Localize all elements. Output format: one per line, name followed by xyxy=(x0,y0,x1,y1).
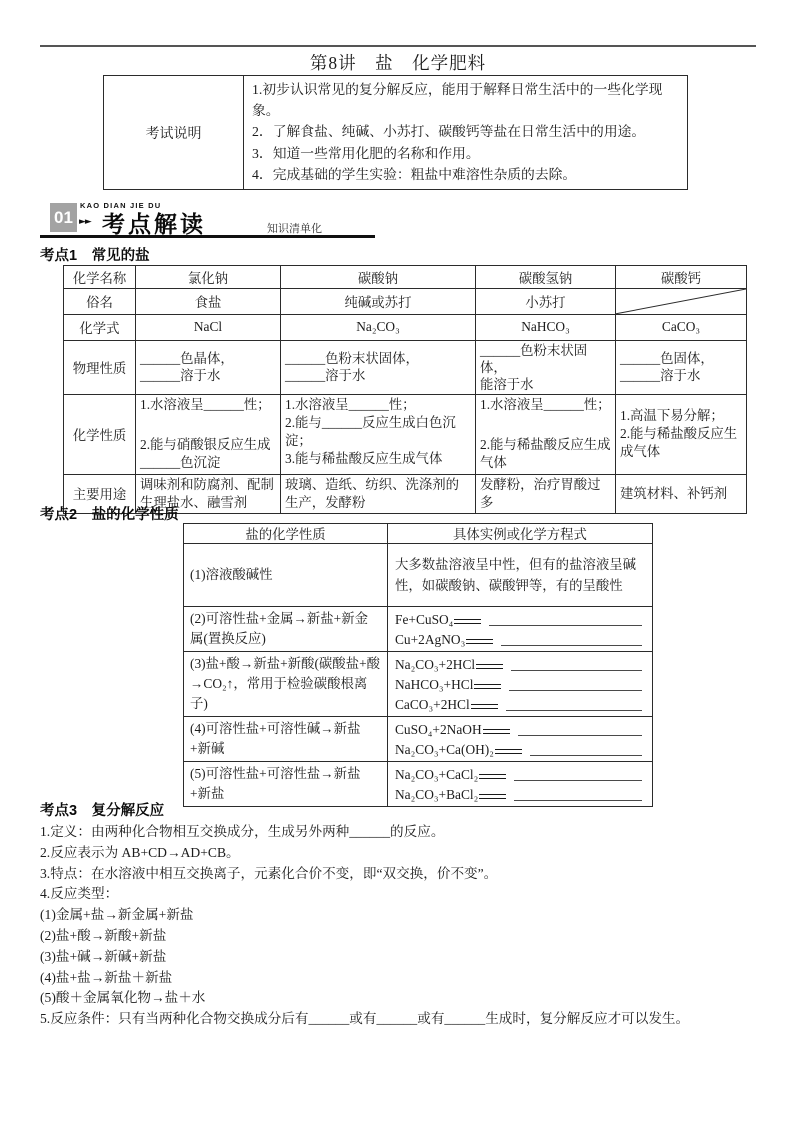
equation-lhs: Na₂CO₃+BaCl₂ xyxy=(395,785,478,804)
column-header: 氯化钠 xyxy=(136,266,281,289)
exam-note-item: 1.初步认识常见的复分解反应，能用于解释日常生活中的一些化学现象。 xyxy=(252,79,679,121)
diagonal-empty-cell xyxy=(616,289,747,315)
equations-cell: Na₂CO₃+2HCl NaHCO₃+HCl CaCO₃+2HCl xyxy=(388,652,653,717)
text-line: (3)盐+碱→新碱+新盐 xyxy=(40,947,760,968)
equation-line: Fe+CuSO₄ xyxy=(395,609,646,629)
column-header: 碳酸钙 xyxy=(616,266,747,289)
equation-lhs: CuSO₄+2NaOH xyxy=(395,720,482,739)
table-cell: ______色固体， ______溶于水 xyxy=(616,340,747,394)
property-cell: (3)盐+酸→新盐+新酸(碳酸盐+酸→CO₂↑，常用于检验碳酸根离子) xyxy=(184,652,388,717)
table-row: (4)可溶性盐+可溶性碱→新盐+新碱 CuSO₄+2NaOH Na₂CO₃+Ca… xyxy=(184,717,653,762)
equals-sign xyxy=(466,639,493,644)
text-line: 3.特点：在水溶液中相互交换离子，元素化合价不变，即“双交换，价不变”。 xyxy=(40,864,760,885)
property-cell: (2)可溶性盐+金属→新盐+新金属(置换反应) xyxy=(184,607,388,652)
text-line: 5.反应条件：只有当两种化合物交换成分后有______或有______或有___… xyxy=(40,1009,760,1030)
row-label: 物理性质 xyxy=(64,340,136,394)
table-cell: 1.水溶液呈______性； 2.能与______反应生成白色沉淀； 3.能与稀… xyxy=(281,394,476,474)
example-cell: 大多数盐溶液呈中性，但有的盐溶液呈碱性，如碳酸钠、碳酸钾等，有的呈酸性 xyxy=(388,544,653,607)
equals-sign xyxy=(479,794,506,799)
column-header: 碳酸钠 xyxy=(281,266,476,289)
fill-blank-line: ______溶于水 xyxy=(140,367,276,384)
equation-line: CuSO₄+2NaOH xyxy=(395,719,646,739)
table-cell: 建筑材料、补钙剂 xyxy=(616,474,747,513)
property-line: 1.水溶液呈______性； xyxy=(285,396,471,414)
table-row: (5)可溶性盐+可溶性盐→新盐+新盐 Na₂CO₃+CaCl₂ Na₂CO₃+B… xyxy=(184,762,653,807)
page-title: 第8讲 盐 化学肥料 xyxy=(40,50,756,75)
text-line: (5)酸＋金属氧化物→盐＋水 xyxy=(40,988,760,1009)
fill-blank-line: ______色晶体， xyxy=(140,350,276,367)
row-label: 俗名 xyxy=(64,289,136,315)
answer-blank xyxy=(518,734,642,736)
property-line: 3.能与稀盐酸反应生成气体 xyxy=(285,450,471,468)
text-line: (1)金属+盐→新金属+新盐 xyxy=(40,905,760,926)
equation-line: CaCO₃+2HCl xyxy=(395,694,646,714)
equation-line: Na₂CO₃+BaCl₂ xyxy=(395,784,646,804)
equation-line: NaHCO₃+HCl xyxy=(395,674,646,694)
table-row: 盐的化学性质 具体实例或化学方程式 xyxy=(184,524,653,544)
table-row: 化学式 NaCl Na₂CO₃ NaHCO₃ CaCO₃ xyxy=(64,314,747,340)
property-line: 2.能与稀盐酸反应生成气体 xyxy=(620,425,742,461)
fill-blank-line: ______色粉末状固体， xyxy=(480,342,611,376)
exam-note-item: 3．知道一些常用化肥的名称和作用。 xyxy=(252,143,679,164)
equations-cell: Na₂CO₃+CaCl₂ Na₂CO₃+BaCl₂ xyxy=(388,762,653,807)
table-row: 俗名 食盐 纯碱或苏打 小苏打 xyxy=(64,289,747,315)
table-cell: 1.水溶液呈______性； 2.能与稀盐酸反应生成气体 xyxy=(476,394,616,474)
equations-cell: Fe+CuSO₄ Cu+2AgNO₃ xyxy=(388,607,653,652)
equals-sign xyxy=(454,619,481,624)
answer-blank xyxy=(501,644,642,646)
equation-lhs: NaHCO₃+HCl xyxy=(395,675,473,694)
formula-cell: NaCl xyxy=(136,314,281,340)
property-line: 2.能与稀盐酸反应生成气体 xyxy=(480,436,611,472)
answer-blank xyxy=(509,689,642,691)
table-cell: ______色粉末状固体， ______溶于水 xyxy=(281,340,476,394)
property-line: 1.高温下易分解； xyxy=(620,407,742,425)
double-arrow-icon: ►► xyxy=(79,217,91,227)
text-line: 1.定义：由两种化合物相互交换成分，生成另外两种______的反应。 xyxy=(40,822,760,843)
table-row: 化学名称 氯化钠 碳酸钠 碳酸氢钠 碳酸钙 xyxy=(64,266,747,289)
row-label: 化学式 xyxy=(64,314,136,340)
exam-note-item: 2．了解食盐、纯碱、小苏打、碳酸钙等盐在日常生活中的用途。 xyxy=(252,121,679,142)
answer-blank xyxy=(514,799,642,801)
table-cell: ______色晶体， ______溶于水 xyxy=(136,340,281,394)
equals-sign xyxy=(495,749,522,754)
section-subtitle: 知识清单化 xyxy=(267,220,322,236)
table-row: 化学性质 1.水溶液呈______性； 2.能与硝酸银反应生成______色沉淀… xyxy=(64,394,747,474)
equation-line: Na₂CO₃+CaCl₂ xyxy=(395,764,646,784)
formula-cell: NaHCO₃ xyxy=(476,314,616,340)
equals-sign xyxy=(476,664,503,669)
exam-notes-body: 1.初步认识常见的复分解反应，能用于解释日常生活中的一些化学现象。 2．了解食盐… xyxy=(244,76,688,190)
fill-blank-line: ______溶于水 xyxy=(285,367,471,384)
column-header: 碳酸氢钠 xyxy=(476,266,616,289)
property-line: 1.水溶液呈______性； xyxy=(480,396,611,414)
equation-lhs: Na₂CO₃+2HCl xyxy=(395,655,475,674)
worksheet-page: { "page": {"title": "第8讲 盐 化学肥料"}, "exam… xyxy=(0,0,800,1132)
property-line: 1.水溶液呈______性； xyxy=(140,396,276,414)
table-cell: 食盐 xyxy=(136,289,281,315)
property-cell: (5)可溶性盐+可溶性盐→新盐+新盐 xyxy=(184,762,388,807)
equation-lhs: Na₂CO₃+Ca(OH)₂ xyxy=(395,740,494,759)
exam-notes-table: 考试说明 1.初步认识常见的复分解反应，能用于解释日常生活中的一些化学现象。 2… xyxy=(103,75,688,190)
equals-sign xyxy=(474,684,501,689)
text-line: 4.反应类型： xyxy=(40,884,760,905)
corner-header-cell: 化学名称 xyxy=(64,266,136,289)
column-header: 盐的化学性质 xyxy=(184,524,388,544)
text-line: 2.反应表示为 AB+CD→AD+CB。 xyxy=(40,843,760,864)
salt-properties-table: 盐的化学性质 具体实例或化学方程式 (1)溶液酸碱性 大多数盐溶液呈中性，但有的… xyxy=(183,523,653,807)
table-row: (2)可溶性盐+金属→新盐+新金属(置换反应) Fe+CuSO₄ Cu+2AgN… xyxy=(184,607,653,652)
common-salts-table: 化学名称 氯化钠 碳酸钠 碳酸氢钠 碳酸钙 俗名 食盐 纯碱或苏打 小苏打 化学… xyxy=(63,265,747,514)
table-cell: ______色粉末状固体， 能溶于水 xyxy=(476,340,616,394)
answer-blank xyxy=(506,709,642,711)
exam-notes-label: 考试说明 xyxy=(104,76,244,190)
equation-line: Na₂CO₃+2HCl xyxy=(395,654,646,674)
table-cell: 1.高温下易分解； 2.能与稀盐酸反应生成气体 xyxy=(616,394,747,474)
kaodian1-heading: 考点1 常见的盐 xyxy=(40,244,150,265)
table-cell: 1.水溶液呈______性； 2.能与硝酸银反应生成______色沉淀 xyxy=(136,394,281,474)
equals-sign xyxy=(483,729,510,734)
equation-lhs: CaCO₃+2HCl xyxy=(395,695,470,714)
table-cell: 小苏打 xyxy=(476,289,616,315)
table-row: (1)溶液酸碱性 大多数盐溶液呈中性，但有的盐溶液呈碱性，如碳酸钠、碳酸钾等，有… xyxy=(184,544,653,607)
table-row: 物理性质 ______色晶体， ______溶于水 ______色粉末状固体， … xyxy=(64,340,747,394)
fill-blank-line: 能溶于水 xyxy=(480,376,611,393)
equals-sign xyxy=(479,774,506,779)
equations-cell: CuSO₄+2NaOH Na₂CO₃+Ca(OH)₂ xyxy=(388,717,653,762)
equation-lhs: Na₂CO₃+CaCl₂ xyxy=(395,765,478,784)
table-cell: 纯碱或苏打 xyxy=(281,289,476,315)
formula-cell: CaCO₃ xyxy=(616,314,747,340)
diagonal-line xyxy=(616,289,746,314)
text-line: (4)盐+盐→新盐＋新盐 xyxy=(40,968,760,989)
property-cell: (4)可溶性盐+可溶性碱→新盐+新碱 xyxy=(184,717,388,762)
formula-cell: Na₂CO₃ xyxy=(281,314,476,340)
fill-blank-line: ______溶于水 xyxy=(620,367,742,384)
kaodian2-heading: 考点2 盐的化学性质 xyxy=(40,503,179,524)
text-line: (2)盐+酸→新酸+新盐 xyxy=(40,926,760,947)
column-header: 具体实例或化学方程式 xyxy=(388,524,653,544)
equation-line: Cu+2AgNO₃ xyxy=(395,629,646,649)
equation-lhs: Cu+2AgNO₃ xyxy=(395,630,465,649)
exam-note-item: 4．完成基础的学生实验：粗盐中难溶性杂质的去除。 xyxy=(252,164,679,185)
property-line: 2.能与______反应生成白色沉淀； xyxy=(285,414,471,450)
equation-lhs: Fe+CuSO₄ xyxy=(395,610,453,629)
table-row: (3)盐+酸→新盐+新酸(碳酸盐+酸→CO₂↑，常用于检验碳酸根离子) Na₂C… xyxy=(184,652,653,717)
table-cell: 发酵粉，治疗胃酸过多 xyxy=(476,474,616,513)
property-cell: (1)溶液酸碱性 xyxy=(184,544,388,607)
kaodian3-heading: 考点3 复分解反应 xyxy=(40,799,164,820)
answer-blank xyxy=(511,669,642,671)
fill-blank-line: ______色粉末状固体， xyxy=(285,350,471,367)
kaodian3-text-block: 1.定义：由两种化合物相互交换成分，生成另外两种______的反应。 2.反应表… xyxy=(40,822,760,1030)
section-underline-rule xyxy=(40,235,375,238)
equation-line: Na₂CO₃+Ca(OH)₂ xyxy=(395,739,646,759)
answer-blank xyxy=(489,624,642,626)
top-horizontal-rule xyxy=(40,45,756,47)
property-line: 2.能与硝酸银反应生成______色沉淀 xyxy=(140,436,276,472)
answer-blank xyxy=(530,754,642,756)
table-cell: 玻璃、造纸、纺织、洗涤剂的生产，发酵粉 xyxy=(281,474,476,513)
equals-sign xyxy=(471,704,498,709)
row-label: 化学性质 xyxy=(64,394,136,474)
fill-blank-line: ______色固体， xyxy=(620,350,742,367)
section-number-badge: 01 xyxy=(50,203,77,232)
answer-blank xyxy=(514,779,642,781)
